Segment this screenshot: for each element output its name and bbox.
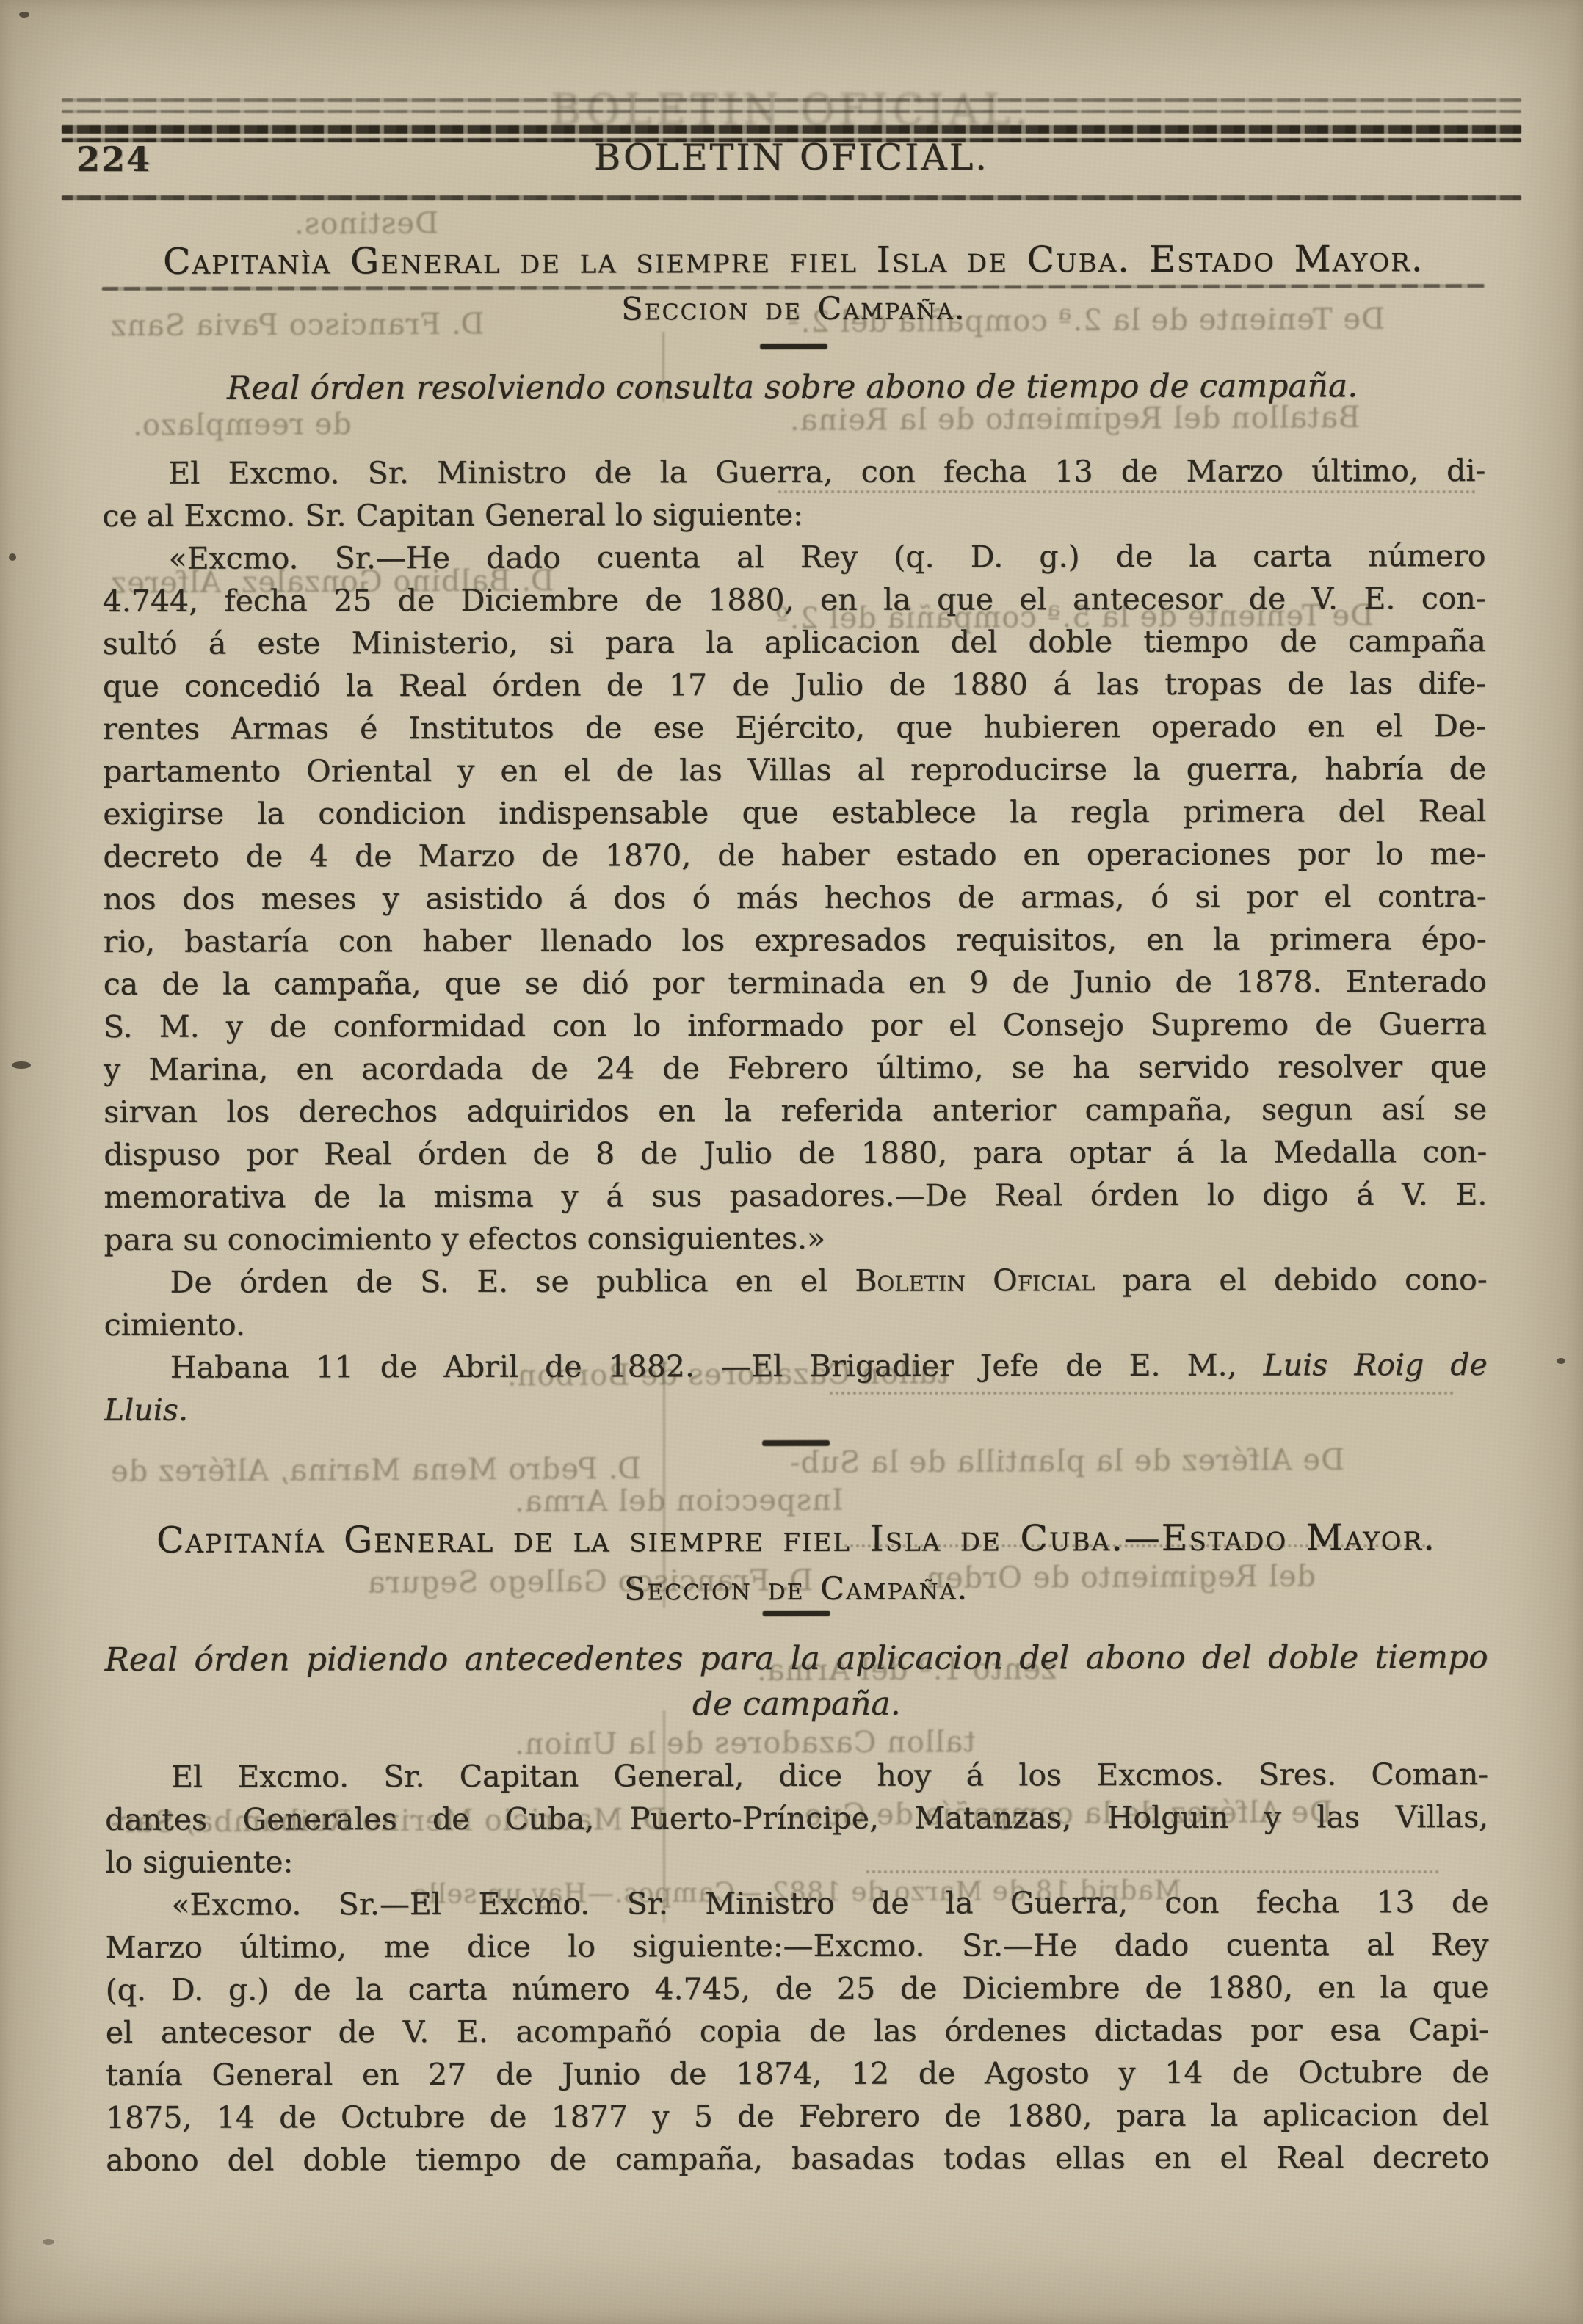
body-line: 1875, 14 de Octubre de 1877 y 5 de Febre…	[106, 2094, 1489, 2139]
body-line: El Excmo. Sr. Capitan General, dice hoy …	[105, 1753, 1488, 1798]
body-line: que concedió la Real órden de 17 de Juli…	[103, 662, 1486, 708]
body-line: «Excmo. Sr.—He dado cuenta al Rey (q. D.…	[103, 534, 1486, 580]
header-title-ghost: BOLETIN OFICIAL.	[551, 85, 1032, 135]
body-line: sirvan los derechos adquiridos en la ref…	[104, 1088, 1487, 1133]
body-line: sultó á este Ministerio, si para la apli…	[103, 620, 1486, 665]
signature-paragraph: Habana 11 de Abril de 1882. —El Brigadie…	[104, 1343, 1488, 1431]
paragraph: El Excmo. Sr. Capitan General, dice hoy …	[105, 1753, 1488, 1884]
body-line: 4.744, fecha 25 de Diciembre de 1880, en…	[103, 577, 1486, 622]
signature-line: Habana 11 de Abril de 1882. —El Brigadie…	[104, 1343, 1488, 1389]
paragraph: De órden de S. E. se publica en el Bolet…	[104, 1258, 1488, 1346]
section-2-subheading: Seccion de Campaña.	[104, 1569, 1488, 1609]
section-2-heading: Capitanía General de la siempre fiel Isl…	[104, 1517, 1488, 1561]
body-line: memorativa de la misma y á sus pasadores…	[104, 1173, 1487, 1219]
body-line: tanía General en 27 de Junio de 1874, 12…	[106, 2051, 1489, 2096]
bleedthrough-line: Batallon del Regimiento de la Reina.	[789, 401, 1361, 437]
scanned-document-page: { "page": { "number": "224", "title": "B…	[0, 0, 1583, 2324]
body-line: dispuso por Real órden de 8 de Julio de …	[104, 1130, 1487, 1176]
body-line: De órden de S. E. se publica en el Bolet…	[104, 1258, 1488, 1304]
section-1-heading-block: Capitanìa General de la siempre fiel Isl…	[102, 238, 1485, 291]
section-1-order-title: Real órden resolviendo consulta sobre ab…	[131, 367, 1453, 407]
body-line: dantes Generales de Cuba, Puerto-Príncip…	[105, 1795, 1488, 1841]
body-line: «Excmo. Sr.—El Excmo. Sr. Ministro de la…	[105, 1881, 1488, 1926]
header-title: BOLETIN OFICIAL.	[0, 137, 1583, 178]
section-2-body: El Excmo. Sr. Capitan General, dice hoy …	[105, 1753, 1489, 2182]
body-line: el antecesor de V. E. acompañó copia de …	[106, 2008, 1489, 2054]
bleedthrough-line: de reemplazo.	[132, 407, 352, 443]
signature-name: Luis Roig de	[1264, 1347, 1488, 1383]
body-line: abono del doble tiempo de campaña, basad…	[106, 2136, 1489, 2182]
body-line: ca de la campaña, que se dió por termina…	[104, 960, 1487, 1006]
paragraph: «Excmo. Sr.—He dado cuenta al Rey (q. D.…	[103, 534, 1488, 1261]
body-line: S. M. y de conformidad con lo informado …	[104, 1003, 1487, 1048]
bleedthrough-line: De Alférez de la plantilla de la Sub-	[789, 1443, 1344, 1480]
publish-text-pre: De órden de S. E. se publica en el	[170, 1263, 855, 1300]
body-line: para su conocimiento y efectos consiguie…	[104, 1216, 1487, 1261]
ink-speck	[43, 2239, 54, 2245]
paragraph: «Excmo. Sr.—El Excmo. Sr. Ministro de la…	[105, 1881, 1489, 2182]
body-line: cimiento.	[104, 1301, 1488, 1346]
body-line: lo siguiente:	[105, 1838, 1488, 1884]
bleedthrough-line: Destinos.	[294, 206, 438, 241]
body-line: El Excmo. Sr. Ministro de la Guerra, con…	[102, 449, 1485, 495]
ink-speck	[9, 553, 16, 561]
ink-speck	[1557, 1358, 1565, 1364]
body-line: ce al Excmo. Sr. Capitan General lo sigu…	[102, 492, 1485, 537]
body-line: y Marina, en acordada de 24 de Febrero ú…	[104, 1045, 1487, 1091]
bleedthrough-line: D. Pedro Mena Marina, Alférez de	[110, 1452, 641, 1489]
section-1-body: El Excmo. Sr. Ministro de la Guerra, con…	[102, 449, 1488, 1431]
section-1-subheading: Seccion de Campaña.	[102, 289, 1485, 329]
body-line: Marzo último, me dice lo siguiente:—Excm…	[105, 1923, 1488, 1969]
body-line: rentes Armas é Institutos de ese Ejércit…	[103, 705, 1486, 750]
journal-name: Boletin Oficial	[855, 1263, 1095, 1299]
body-line: nos dos meses y asistido á dos ó más hec…	[104, 875, 1487, 920]
section-1-heading: Capitanìa General de la siempre fiel Isl…	[102, 238, 1485, 283]
body-line: decreto de 4 de Marzo de 1870, de haber …	[103, 832, 1486, 878]
ink-speck	[19, 12, 29, 18]
body-line: rio, bastaría con haber llenado los expr…	[104, 918, 1487, 963]
section-2-order-title-line2: de campaña.	[105, 1684, 1488, 1724]
body-line: partamento Oriental y en el de las Villa…	[103, 747, 1486, 793]
paragraph: El Excmo. Sr. Ministro de la Guerra, con…	[102, 449, 1485, 537]
body-line: exigirse la condicion indispensable que …	[103, 790, 1486, 835]
section-2-order-title-line1: Real órden pidiendo antecedentes para la…	[105, 1638, 1488, 1679]
body-line: (q. D. g.) de la carta número 4.745, de …	[106, 1966, 1489, 2011]
ink-speck	[12, 1061, 31, 1069]
signature-line: Lluis.	[104, 1386, 1488, 1431]
bleedthrough-line: Inspeccion del Arma.	[514, 1484, 844, 1519]
signature-date: Habana 11 de Abril de 1882. —El Brigadie…	[170, 1348, 1264, 1385]
publish-text-post: para el debido cono-	[1095, 1262, 1488, 1298]
